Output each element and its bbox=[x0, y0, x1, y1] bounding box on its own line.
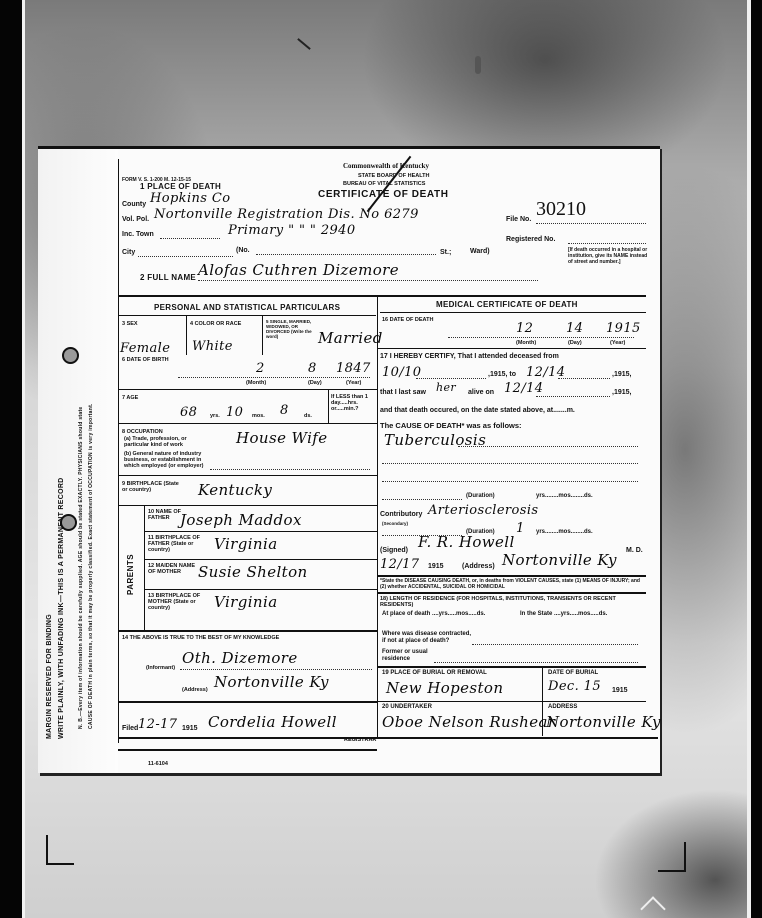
death-date-label: 16 DATE OF DEATH bbox=[382, 317, 433, 323]
street-number-label: (No. bbox=[236, 247, 250, 254]
duration2-value: 1 bbox=[516, 521, 525, 536]
father-birthplace-rule bbox=[144, 559, 377, 560]
full-name-label: 2 FULL NAME bbox=[140, 273, 196, 282]
margin-instructions-2: CAUSE OF DEATH in plain terms, so that i… bbox=[88, 403, 94, 729]
age-mos-caption: mos. bbox=[252, 413, 265, 419]
death-day: 14 bbox=[566, 321, 583, 336]
county-label: County bbox=[122, 201, 146, 208]
contributory-value: Arteriosclerosis bbox=[428, 503, 538, 518]
filed-year: 1915 bbox=[182, 725, 198, 732]
age-months: 10 bbox=[226, 405, 243, 420]
age-divider bbox=[328, 389, 329, 423]
age-days: 8 bbox=[280, 403, 289, 418]
inc-town-dots bbox=[160, 238, 220, 239]
marital-label: 5 SINGLE, MARRIED, WIDOWED, OR DIVORCED … bbox=[266, 319, 318, 339]
cause-dots-2 bbox=[382, 463, 638, 464]
color-divider bbox=[262, 315, 263, 355]
binding-hole-bottom bbox=[60, 514, 77, 531]
certificate-form: FORM V. S. 1-200 M. 12-15-15 Commonwealt… bbox=[118, 149, 660, 773]
death-year-caption: (Year) bbox=[610, 340, 625, 346]
death-date-rule bbox=[378, 348, 646, 349]
burial-year: 1915 bbox=[612, 687, 628, 694]
attended-to-dots bbox=[558, 378, 610, 379]
burial-date-value: Dec. 15 bbox=[548, 679, 601, 694]
margin-instructions-1: N. B.—Every item of information should b… bbox=[78, 406, 84, 729]
street-dots bbox=[256, 254, 436, 255]
full-name-value: Alofas Cuthren Dizemore bbox=[198, 261, 399, 279]
inc-town-value: Primary " " " 2940 bbox=[228, 223, 356, 238]
death-month-caption: (Month) bbox=[516, 340, 536, 346]
last-saw-date: 12/14 bbox=[504, 381, 543, 396]
father-name-value: Joseph Maddox bbox=[180, 511, 302, 529]
age-ds-caption: ds. bbox=[304, 413, 312, 419]
dob-rule bbox=[118, 389, 377, 390]
personal-title-rule bbox=[118, 315, 376, 316]
file-no-dots bbox=[536, 223, 646, 224]
attended-from-year: ,1915, to bbox=[488, 371, 516, 378]
occupation-b-dots bbox=[210, 469, 370, 470]
place-of-death-label: 1 PLACE OF DEATH bbox=[140, 182, 221, 191]
header-bureau: BUREAU OF VITAL STATISTICS bbox=[343, 181, 425, 187]
occupation-rule bbox=[118, 475, 377, 476]
contracted-dots bbox=[472, 644, 638, 645]
city-dots bbox=[138, 256, 233, 257]
signature-rule bbox=[378, 575, 646, 577]
header-rule bbox=[118, 295, 646, 297]
vol-pol-label: Vol. Pol. bbox=[122, 216, 149, 223]
age-rule bbox=[118, 423, 377, 424]
dob-label: 6 DATE OF BIRTH bbox=[122, 357, 169, 363]
occupation-label: 8 OCCUPATION bbox=[122, 429, 163, 435]
residence-rule bbox=[378, 666, 646, 668]
age-label: 7 AGE bbox=[122, 395, 138, 401]
binding-hole-top bbox=[62, 347, 79, 364]
father-name-rule bbox=[144, 531, 377, 532]
undertaker-address-value: Nortonville Ky bbox=[546, 713, 661, 731]
death-day-caption: (Day) bbox=[568, 340, 582, 346]
city-label: City bbox=[122, 249, 135, 256]
contracted-label: Where was disease contracted, if not at … bbox=[382, 631, 472, 645]
footer-code: 11-6104 bbox=[148, 761, 168, 767]
signed-label: (Signed) bbox=[380, 547, 408, 554]
less-than-day-label: If LESS than 1 day.....hrs. or.....min.? bbox=[331, 394, 375, 412]
film-scratch bbox=[297, 38, 311, 50]
dob-day-caption: (Day) bbox=[308, 380, 322, 386]
street-label: St.; bbox=[440, 249, 451, 256]
occupation-b-label: (b) General nature of industry business,… bbox=[124, 451, 212, 469]
attended-to-year: ,1915, bbox=[612, 371, 631, 378]
age-years: 68 bbox=[180, 405, 197, 420]
hospital-note: [If death occurred in a hospital or inst… bbox=[568, 247, 648, 265]
file-no-value: 30210 bbox=[536, 198, 586, 221]
death-month: 12 bbox=[516, 321, 533, 336]
crop-mark-bottom-left bbox=[46, 835, 74, 865]
sex-value: Female bbox=[120, 341, 170, 356]
contributory-label: Contributory bbox=[380, 511, 422, 518]
sign-address-label: (Address) bbox=[462, 563, 495, 570]
mother-name-value: Susie Shelton bbox=[198, 563, 308, 581]
burial-place-label: 19 PLACE OF BURIAL OR REMOVAL bbox=[382, 670, 487, 676]
film-spot bbox=[475, 56, 481, 74]
duration1-label: (Duration) bbox=[466, 493, 495, 499]
death-year: 1915 bbox=[606, 321, 641, 336]
last-saw-dots bbox=[536, 396, 610, 397]
filed-date: 12-17 bbox=[138, 717, 177, 732]
full-name-dots bbox=[198, 280, 538, 281]
dob-day: 8 bbox=[308, 361, 317, 376]
mother-birthplace-value: Virginia bbox=[214, 593, 278, 611]
cause-footnote: *State the DISEASE CAUSING DEATH, or, in… bbox=[380, 578, 644, 590]
undertaker-value: Oboe Nelson Rushear bbox=[382, 713, 555, 731]
alive-on-label: alive on bbox=[468, 389, 494, 396]
sex-label: 3 SEX bbox=[122, 321, 138, 327]
duration1-dots bbox=[382, 499, 462, 500]
death-certificate: MARGIN RESERVED FOR BINDING WRITE PLAINL… bbox=[38, 146, 660, 773]
birthplace-value: Kentucky bbox=[198, 481, 272, 499]
informant-address-label: (Address) bbox=[182, 687, 208, 693]
father-name-label: 10 NAME OF FATHER bbox=[148, 509, 184, 521]
county-value: Hopkins Co bbox=[150, 191, 230, 206]
vol-pol-value: Nortonville Registration Dis. No 6279 bbox=[154, 207, 419, 222]
binding-margin: MARGIN RESERVED FOR BINDING WRITE PLAINL… bbox=[38, 149, 118, 773]
margin-binding-text: MARGIN RESERVED FOR BINDING bbox=[46, 614, 53, 739]
cause-label: The CAUSE OF DEATH* was as follows: bbox=[380, 421, 522, 430]
file-no-label: File No. bbox=[506, 216, 531, 223]
mother-name-rule bbox=[144, 589, 377, 590]
medical-section-title: MEDICAL CERTIFICATE OF DEATH bbox=[436, 300, 578, 309]
certify-text: 17 I HEREBY CERTIFY, That I attended dec… bbox=[380, 353, 559, 360]
column-divider bbox=[377, 295, 378, 737]
md-label: M. D. bbox=[626, 547, 643, 554]
last-saw-year: ,1915, bbox=[612, 389, 631, 396]
last-saw-pronoun: her bbox=[436, 381, 456, 394]
crop-mark-bottom-right bbox=[658, 842, 686, 872]
sign-date: 12/17 bbox=[380, 557, 419, 572]
former-residence-dots bbox=[434, 662, 638, 663]
filed-rule bbox=[118, 749, 377, 751]
birthplace-rule bbox=[118, 505, 377, 506]
true-statement: 14 THE ABOVE IS TRUE TO THE BEST OF MY K… bbox=[122, 635, 279, 641]
death-date-dots bbox=[448, 337, 634, 338]
age-yrs-caption: yrs. bbox=[210, 413, 220, 419]
burial-rule bbox=[378, 701, 646, 702]
at-place-label: At place of death ....yrs.....mos.....ds… bbox=[382, 611, 504, 618]
informant-rule bbox=[118, 701, 377, 703]
father-birthplace-value: Virginia bbox=[214, 535, 278, 553]
dob-month-caption: (Month) bbox=[246, 380, 266, 386]
residence-label: 18) LENGTH OF RESIDENCE (FOR HOSPITALS, … bbox=[380, 596, 642, 608]
last-saw-prefix: that I last saw bbox=[380, 389, 426, 396]
color-label: 4 COLOR OR RACE bbox=[190, 321, 241, 327]
burial-date-label: DATE OF BURIAL bbox=[548, 670, 598, 676]
undertaker-label: 20 UNDERTAKER bbox=[382, 704, 432, 710]
dob-year-caption: (Year) bbox=[346, 380, 361, 386]
marital-value: Married bbox=[318, 329, 383, 347]
informant-address-value: Nortonville Ky bbox=[214, 673, 329, 691]
ward-label: Ward) bbox=[470, 248, 490, 255]
form-left-rule bbox=[118, 159, 119, 743]
sex-divider bbox=[186, 315, 187, 355]
occupation-a-label: (a) Trade, profession, or particular kin… bbox=[124, 436, 204, 448]
registrar-value: Cordelia Howell bbox=[208, 713, 337, 731]
inc-town-label: Inc. Town bbox=[122, 231, 154, 238]
informant-value: Oth. Dizemore bbox=[182, 649, 298, 667]
occupation-value: House Wife bbox=[236, 429, 328, 447]
registered-no-dots bbox=[568, 243, 646, 244]
mother-birthplace-label: 13 BIRTHPLACE OF MOTHER (State or countr… bbox=[148, 593, 206, 611]
bottom-rule bbox=[118, 737, 658, 739]
dob-dots bbox=[178, 377, 370, 378]
death-occurred-text: and that death occured, on the date stat… bbox=[380, 407, 575, 414]
sign-year: 1915 bbox=[428, 563, 444, 570]
filed-label: Filed bbox=[122, 725, 138, 732]
color-value: White bbox=[192, 339, 233, 354]
cause-dots-3 bbox=[382, 481, 638, 482]
in-state-label: In the State ....yrs.....mos.....ds. bbox=[520, 611, 642, 618]
parents-rule bbox=[118, 630, 377, 632]
mother-name-label: 12 MAIDEN NAME OF MOTHER bbox=[148, 563, 198, 575]
signed-value: F. R. Howell bbox=[418, 533, 515, 551]
header-commonwealth: Commonwealth of Kentucky bbox=[343, 162, 429, 170]
registered-no-label: Registered No. bbox=[506, 236, 555, 243]
secondary-label: (Secondary) bbox=[382, 521, 408, 527]
sign-address-value: Nortonville Ky bbox=[502, 551, 617, 569]
former-residence-label: Former or usual residence bbox=[382, 649, 442, 663]
attended-from-dots bbox=[416, 378, 486, 379]
parents-label: PARENTS bbox=[126, 554, 135, 595]
cause-dots-1 bbox=[458, 446, 638, 447]
burial-place-value: New Hopeston bbox=[386, 679, 503, 697]
parents-divider bbox=[144, 505, 145, 631]
undertaker-address-label: ADDRESS bbox=[548, 704, 577, 710]
informant-label: (Informant) bbox=[146, 665, 175, 671]
medical-title-rule bbox=[380, 312, 646, 313]
birthplace-label: 9 BIRTHPLACE (State or country) bbox=[122, 481, 182, 493]
duration2-tail: yrs........mos........ds. bbox=[536, 529, 593, 535]
footnote-rule bbox=[378, 592, 646, 594]
duration1-tail: yrs........mos........ds. bbox=[536, 493, 593, 499]
personal-section-title: PERSONAL AND STATISTICAL PARTICULARS bbox=[154, 303, 340, 312]
father-birthplace-label: 11 BIRTHPLACE OF FATHER (State or countr… bbox=[148, 535, 206, 553]
dob-month: 2 bbox=[256, 361, 265, 376]
dob-year: 1847 bbox=[336, 361, 371, 376]
informant-dots bbox=[180, 669, 372, 670]
